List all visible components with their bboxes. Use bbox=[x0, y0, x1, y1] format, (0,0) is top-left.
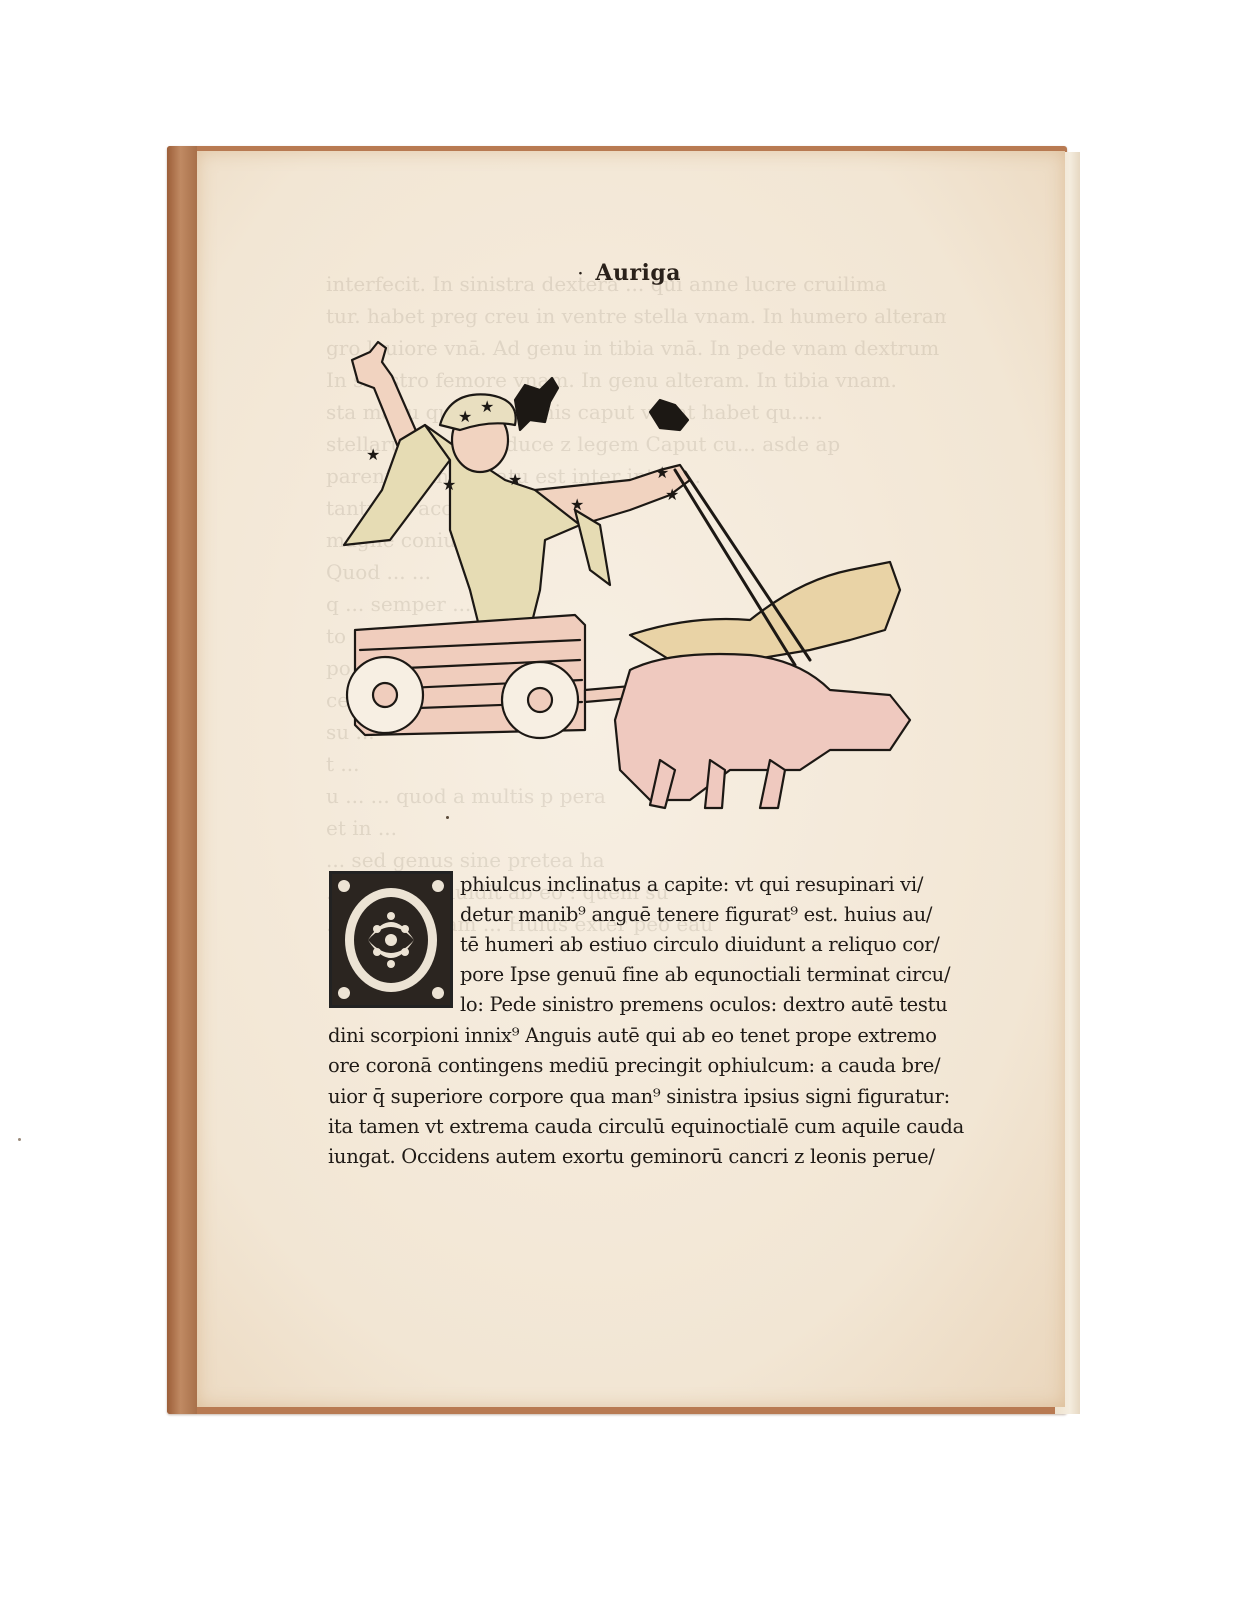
svg-text:★: ★ bbox=[458, 407, 472, 426]
decorated-initial-letter bbox=[329, 871, 453, 1008]
svg-text:★: ★ bbox=[366, 445, 380, 464]
ghost-line: tur. habet preg creu in ventre stella vn… bbox=[326, 300, 946, 332]
text-line-2: detur manib⁹ anguē tenere figurat⁹ est. … bbox=[460, 900, 932, 930]
svg-text:★: ★ bbox=[508, 470, 522, 489]
page-heading: ·Auriga bbox=[578, 260, 681, 286]
svg-text:★: ★ bbox=[665, 485, 679, 504]
heading-mark: · bbox=[578, 266, 583, 282]
svg-text:★: ★ bbox=[442, 475, 456, 494]
svg-text:★: ★ bbox=[655, 463, 669, 482]
auriga-woodcut-illustration: ★ ★ ★ ★ ★ ★ ★ ★ bbox=[330, 330, 930, 820]
text-line-7: ore coronā contingens mediū precingit op… bbox=[328, 1051, 940, 1081]
text-line-8: uior q̄ superiore corpore qua man⁹ sinis… bbox=[328, 1082, 950, 1112]
heading-text: Auriga bbox=[595, 260, 681, 286]
text-line-3: tē humeri ab estiuo circulo diuidunt a r… bbox=[460, 930, 940, 960]
text-line-4: pore Ipse genuū fine ab equnoctiali term… bbox=[460, 960, 950, 990]
text-line-1: phiulcus inclinatus a capite: vt qui res… bbox=[460, 870, 923, 900]
text-line-5: lo: Pede sinistro premens oculos: dextro… bbox=[460, 990, 947, 1020]
floral-initial-o-icon bbox=[332, 874, 450, 1005]
svg-text:★: ★ bbox=[570, 495, 584, 514]
ink-speck bbox=[446, 816, 449, 819]
text-line-6: dini scorpioni innix⁹ Anguis autē qui ab… bbox=[328, 1021, 937, 1051]
ink-speck bbox=[18, 1138, 21, 1141]
text-line-10: iungat. Occidens autem exortu geminorū c… bbox=[328, 1142, 935, 1172]
text-line-9: ita tamen vt extrema cauda circulū equin… bbox=[328, 1112, 964, 1142]
svg-text:★: ★ bbox=[480, 397, 494, 416]
leather-spine bbox=[167, 146, 197, 1414]
